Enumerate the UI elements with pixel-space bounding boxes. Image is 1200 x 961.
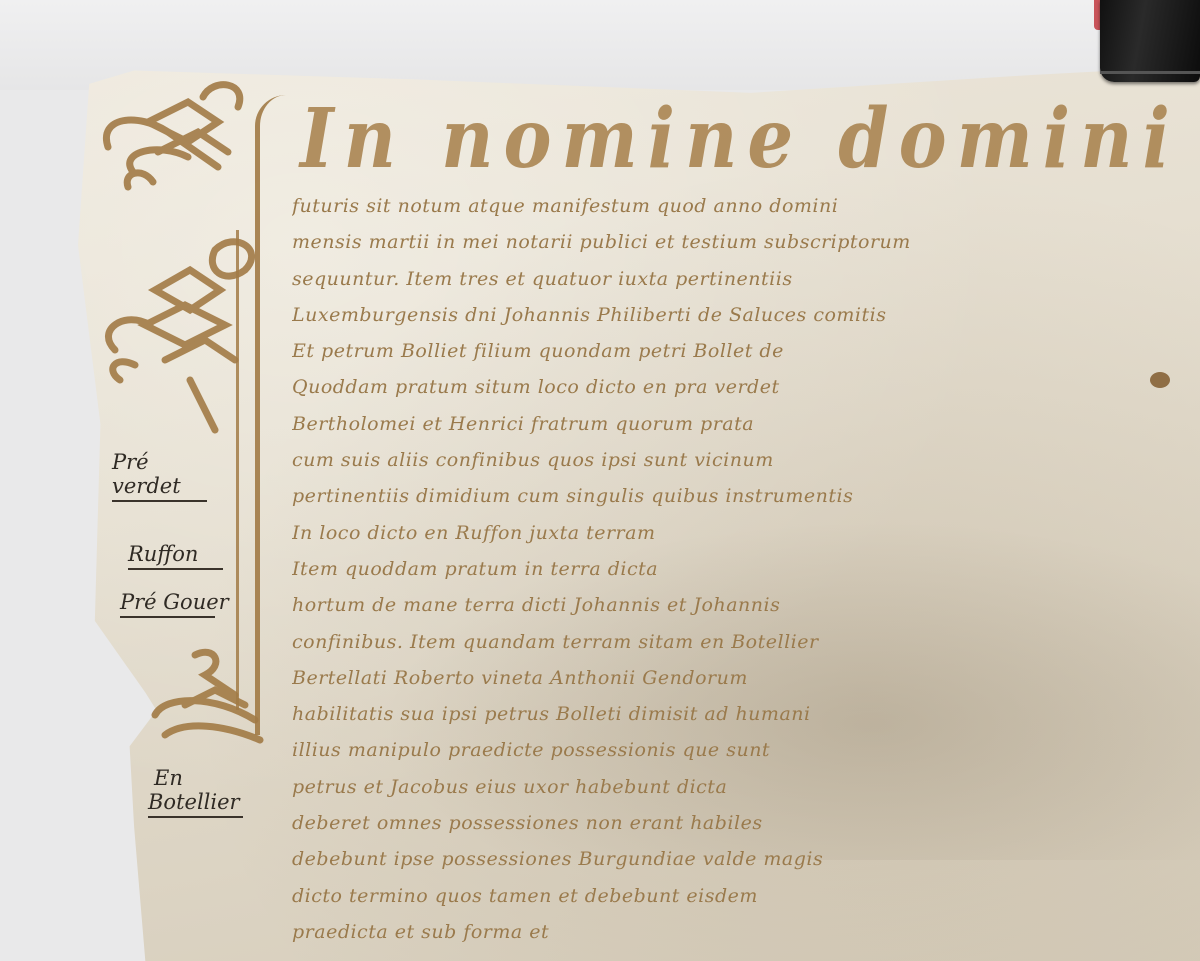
text-line: pertinentiis dimidium cum singulis quibu… bbox=[292, 478, 1200, 514]
text-line: illius manipulo praedicte possessionis q… bbox=[292, 732, 1200, 768]
underline bbox=[112, 500, 207, 502]
underline bbox=[148, 816, 243, 818]
calligraphic-heading: In nomine domini amen bbox=[300, 89, 1200, 187]
text-line: deberet omnes possessiones non erant hab… bbox=[292, 805, 1200, 841]
knotwork-flourish-icon bbox=[145, 645, 275, 755]
text-line: Bertholomei et Henrici fratrum quorum pr… bbox=[292, 406, 1200, 442]
text-line: confinibus. Item quandam terram sitam en… bbox=[292, 624, 1200, 660]
document-body: futuris sit notum atque manifestum quod … bbox=[292, 188, 1200, 950]
knotwork-flourish-icon bbox=[95, 230, 270, 440]
text-line: petrus et Jacobus eius uxor habebunt dic… bbox=[292, 769, 1200, 805]
annotation-pre-gouer: Pré Gouer bbox=[120, 590, 229, 618]
text-line: Et petrum Bolliet filium quondam petri B… bbox=[292, 333, 1200, 369]
text-line: mensis martii in mei notarii publici et … bbox=[292, 224, 1200, 260]
text-line: praedicta et sub forma et bbox=[292, 914, 1200, 950]
text-line: Bertellati Roberto vineta Anthonii Gendo… bbox=[292, 660, 1200, 696]
text-line: Item quoddam pratum in terra dicta bbox=[292, 551, 1200, 587]
underline bbox=[128, 568, 223, 570]
text-line: hortum de mane terra dicti Johannis et J… bbox=[292, 587, 1200, 623]
text-line: Quoddam pratum situm loco dicto en pra v… bbox=[292, 369, 1200, 405]
text-line: Luxemburgensis dni Johannis Philiberti d… bbox=[292, 297, 1200, 333]
text-line: In loco dicto en Ruffon juxta terram bbox=[292, 515, 1200, 551]
text-line: futuris sit notum atque manifestum quod … bbox=[292, 188, 1200, 224]
text-line: cum suis aliis confinibus quos ipsi sunt… bbox=[292, 442, 1200, 478]
annotation-ruffon: Ruffon bbox=[128, 542, 223, 570]
text-line: debebunt ipse possessiones Burgundiae va… bbox=[292, 841, 1200, 877]
knotwork-flourish-icon bbox=[88, 72, 258, 202]
text-line: habilitatis sua ipsi petrus Bolleti dimi… bbox=[292, 696, 1200, 732]
underline bbox=[120, 616, 215, 618]
text-line: sequuntur. Item tres et quatuor iuxta pe… bbox=[292, 261, 1200, 297]
annotation-pre-verdet: Pré verdet bbox=[112, 450, 207, 502]
text-line: dicto termino quos tamen et debebunt eis… bbox=[292, 878, 1200, 914]
binder-clip bbox=[1100, 0, 1200, 82]
annotation-en-botellier: En Botellier bbox=[148, 766, 243, 818]
